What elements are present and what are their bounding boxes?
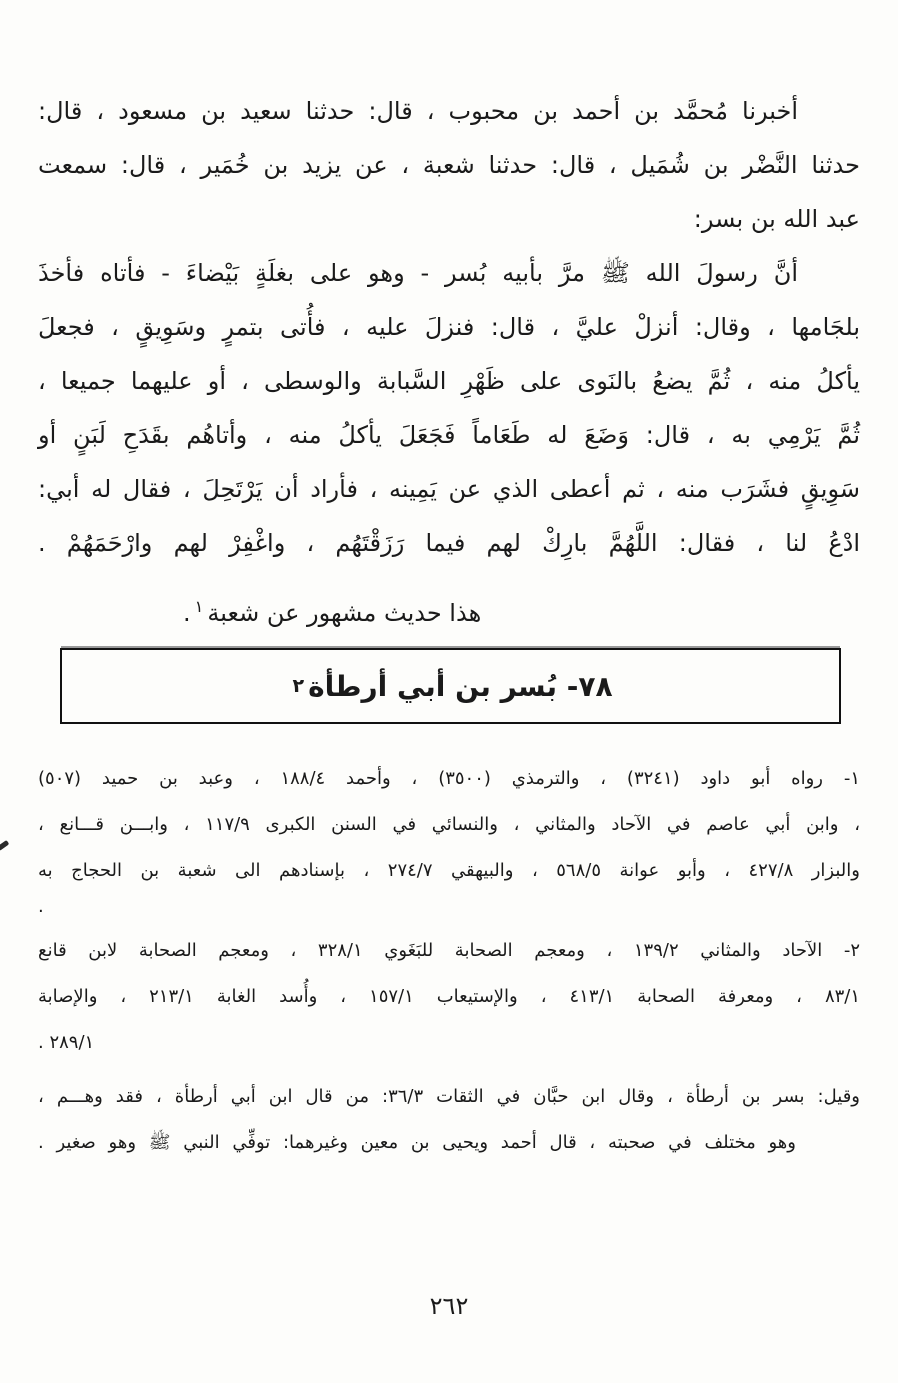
- closing-period: .: [183, 599, 191, 627]
- section-heading-box: ٧٨- بُسر بن أبي أرطأة٢: [60, 648, 841, 724]
- text-line: بلجَامها ، وقال: أنزلْ عليَّ ، قال: فنزل…: [38, 300, 860, 354]
- footnotes-section: ١- رواه أبو داود (٣٢٤١) ، والترمذي (٣٥٠٠…: [38, 756, 860, 1166]
- text-line: سَوِيقٍ فشَرَب منه ، ثم أعطى الذي عن يَم…: [38, 462, 860, 516]
- section-heading: ٧٨- بُسر بن أبي أرطأة: [308, 670, 613, 703]
- main-hadith-text: أخبرنا مُحمَّد بن أحمد بن محبوب ، قال: ح…: [38, 84, 860, 640]
- footnote-line: ٨٣/١ ، ومعرفة الصحابة ٤١٣/١ ، والإستيعاب…: [38, 974, 860, 1020]
- text-line: أنَّ رسولَ الله ﷺ مرَّ بأبيه بُسر - وهو …: [38, 246, 860, 300]
- text-line: يأكلُ منه ، ثُمَّ يضعُ بالنَوى على ظَهْر…: [38, 354, 860, 408]
- footnote-ref-2: ٢: [292, 675, 304, 697]
- closing-statement: هذا حديث مشهور عن شعبة١.: [38, 580, 860, 640]
- footnote-3: وقيل: بسر بن أرطأة ، وقال ابن حبَّان في …: [38, 1074, 860, 1166]
- page-number: ٢٦٢: [0, 1292, 898, 1320]
- text-line: ادْعُ لنا ، فقال: اللَّهُمَّ بارِكْ لهم …: [38, 516, 860, 570]
- text-line: عبد الله بن بسر:: [38, 192, 860, 246]
- page-container: أخبرنا مُحمَّد بن أحمد بن محبوب ، قال: ح…: [0, 0, 898, 1383]
- footnote-line: وهو مختلف في صحبته ، قال أحمد ويحيى بن م…: [38, 1120, 860, 1166]
- footnote-line: ٢٨٩/١ .: [38, 1020, 860, 1066]
- scan-ink-mark: [0, 840, 9, 851]
- footnote-1: ١- رواه أبو داود (٣٢٤١) ، والترمذي (٣٥٠٠…: [38, 756, 860, 920]
- text-line: حدثنا النَّضْر بن شُمَيل ، قال: حدثنا شع…: [38, 138, 860, 192]
- text-line: ثُمَّ يَرْمِي به ، قال: وَضَعَ له طَعَام…: [38, 408, 860, 462]
- footnote-ref-1: ١: [195, 597, 204, 616]
- footnote-trailing-period: .: [38, 894, 860, 920]
- footnote-2: ٢- الآحاد والمثاني ١٣٩/٢ ، ومعجم الصحابة…: [38, 928, 860, 1066]
- footnote-line: ٢- الآحاد والمثاني ١٣٩/٢ ، ومعجم الصحابة…: [38, 928, 860, 974]
- closing-text: هذا حديث مشهور عن شعبة: [207, 599, 481, 627]
- footnote-line: ، وابن أبي عاصم في الآحاد والمثاني ، وال…: [38, 802, 860, 848]
- footnote-line: ١- رواه أبو داود (٣٢٤١) ، والترمذي (٣٥٠٠…: [38, 756, 860, 802]
- footnote-line: وقيل: بسر بن أرطأة ، وقال ابن حبَّان في …: [38, 1074, 860, 1120]
- matn-paragraph: أنَّ رسولَ الله ﷺ مرَّ بأبيه بُسر - وهو …: [38, 246, 860, 570]
- text-line: أخبرنا مُحمَّد بن أحمد بن محبوب ، قال: ح…: [38, 84, 860, 138]
- isnad-paragraph: أخبرنا مُحمَّد بن أحمد بن محبوب ، قال: ح…: [38, 84, 860, 246]
- footnote-line: والبزار ٤٢٧/٨ ، وأبو عوانة ٥٦٨/٥ ، والبي…: [38, 848, 860, 894]
